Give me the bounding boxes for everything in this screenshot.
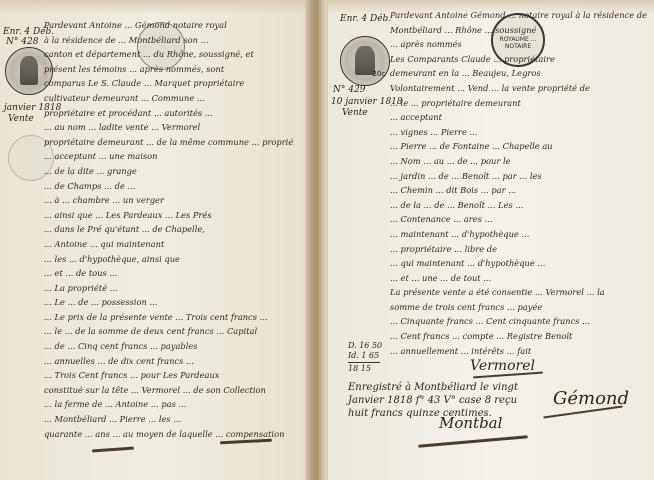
- fee-line: Id. 1 65: [348, 351, 382, 361]
- deed-line: ... au nom ... ladite vente ... Vermorel: [44, 120, 294, 135]
- deed-line: ... propriétaire ... libre de: [390, 242, 650, 257]
- deed-line: constitué sur la tête ... Vermorel ... d…: [44, 383, 294, 398]
- right-deed-text: Pardevant Antoine Gémond ... notaire roy…: [390, 8, 650, 358]
- deed-line: comparus Le S. Claude ... Marquet propri…: [44, 76, 294, 91]
- deed-line: ... annuelles ... de dix cent francs ...: [44, 354, 294, 369]
- deed-line: propriétaire et procédant ... autorités …: [44, 106, 294, 121]
- deed-line: ... La propriété ...: [44, 281, 294, 296]
- deed-line: Montbéliard ... Rhône ... soussigné: [390, 23, 650, 38]
- page-top-edge: [0, 0, 305, 14]
- sum-rule: [348, 362, 380, 363]
- deed-line: cultivateur demeurant ... Commune ...: [44, 91, 294, 106]
- deed-line: ... Chemin ... dit Bois ... par ...: [390, 183, 650, 198]
- deed-line: ... la ferme de ... Antoine ... pas ...: [44, 397, 294, 412]
- deed-line: somme de trois cent francs ... payée: [390, 300, 650, 315]
- deed-line: demeurant en la ... Beaujeu, Legros: [390, 66, 650, 81]
- deed-line: ... ainsi que ... Les Pardeaux ... Les P…: [44, 208, 294, 223]
- deed-line: ... jardin ... de ... Benoît ... par ...…: [390, 169, 650, 184]
- right-page: Enr. 4 Déb. 20c N° 429 10 janvier 1818 V…: [327, 0, 654, 480]
- deed-line: ... le ... de la somme de deux cent fran…: [44, 324, 294, 339]
- receiver-flourish: [418, 435, 528, 448]
- deed-line: ... Pierre ... de Fontaine ... Chapelle …: [390, 139, 650, 154]
- binding-gutter: [305, 0, 327, 480]
- left-deed-text: Pardevant Antoine ... Gémond notaire roy…: [44, 18, 294, 441]
- register-spread: Enr. 4 Déb. N° 428 janvier 1818 Vente Pa…: [0, 0, 654, 480]
- deed-line: à la résidence de ... Montbéliard son ..…: [44, 33, 294, 48]
- deed-line: ... Nom ... au ... de ... pour le: [390, 154, 650, 169]
- deed-line: ... de Champs ... de ...: [44, 179, 294, 194]
- deed-line: ... Trois Cent francs ... pour Les Parde…: [44, 368, 294, 383]
- tax-stamp-right: 20c: [340, 36, 390, 86]
- deed-line: ... maintenant ... d'hypothèque ...: [390, 227, 650, 242]
- deed-line: ... Contenance ... ares ...: [390, 212, 650, 227]
- deed-line: ... de la ... de ... Benoît ... Les ...: [390, 198, 650, 213]
- deed-line: ... Antoine ... qui maintenant: [44, 237, 294, 252]
- deed-line: ... Cinquante francs ... Cent cinquante …: [390, 314, 650, 329]
- deed-line: ... annuellement ... intérêts ... fait: [390, 344, 650, 359]
- deed-line: propriétaire demeurant ... de la même co…: [44, 135, 294, 150]
- deed-line: Pardevant Antoine Gémond ... notaire roy…: [390, 8, 650, 23]
- registration-line: Enregistré à Montbéliard le vingt: [348, 381, 518, 394]
- deed-line: présent les témoins ... après nommés, so…: [44, 62, 294, 77]
- deed-line: canton et département ... du Rhône, sous…: [44, 47, 294, 62]
- deed-line: ... dans le Pré qu'étant ... de Chapelle…: [44, 222, 294, 237]
- fee-line: D. 16 50: [348, 341, 382, 351]
- deed-line: ... les ... d'hypothèque, ainsi que: [44, 252, 294, 267]
- right-act-number: N° 429: [333, 85, 365, 96]
- deed-line: ... après nommés: [390, 37, 650, 52]
- deed-line: Les Comparants Claude ... propriétaire: [390, 52, 650, 67]
- deed-line: ... acceptant: [390, 110, 650, 125]
- fee-tally: D. 16 50 Id. 1 65 18 15: [348, 341, 382, 374]
- closing-flourish: [92, 447, 134, 453]
- seated-figure-icon: [20, 56, 38, 85]
- signature-vermorel: Vermorel: [470, 358, 535, 374]
- left-act-type: Vente: [8, 114, 34, 125]
- deed-line: ... Le prix de la présente vente ... Tro…: [44, 310, 294, 325]
- fee-total: 18 15: [348, 364, 382, 374]
- signature-receiver: Montbal: [439, 414, 502, 432]
- deed-line: ... Le ... de ... possession ...: [44, 295, 294, 310]
- right-margin-header: Enr. 4 Déb.: [340, 14, 391, 25]
- deed-line: ... de la dite ... grange: [44, 164, 294, 179]
- deed-line: ... et ... une ... de tout ...: [390, 271, 650, 286]
- deed-line: ... acceptant ... une maison: [44, 149, 294, 164]
- left-page: Enr. 4 Déb. N° 428 janvier 1818 Vente Pa…: [0, 0, 305, 480]
- right-act-type: Vente: [342, 108, 368, 119]
- deed-line: ... qui maintenant ... d'hypothèque ...: [390, 256, 650, 271]
- stamp-value: 20c: [372, 70, 385, 78]
- deed-line: ... à ... chambre ... un verger: [44, 193, 294, 208]
- deed-line: ... Cent francs ... compte ... Registre …: [390, 329, 650, 344]
- deed-line: Pardevant Antoine ... Gémond notaire roy…: [44, 18, 294, 33]
- deed-line: Volontairement ... Vend ... la vente pro…: [390, 81, 650, 96]
- registration-line: Janvier 1818 f° 43 V° case 8 reçu: [348, 394, 518, 407]
- deed-line: ... et ... de tous ...: [44, 266, 294, 281]
- deed-line: ... le ... propriétaire demeurant: [390, 96, 650, 111]
- left-act-number: N° 428: [6, 37, 38, 48]
- deed-line: ... de ... Cinq cent francs ... payables: [44, 339, 294, 354]
- deed-line: ... Montbéliard ... Pierre ... les ...: [44, 412, 294, 427]
- deed-line: La présente vente a été consentie ... Ve…: [390, 285, 650, 300]
- deed-line: ... vignes ... Pierre ...: [390, 125, 650, 140]
